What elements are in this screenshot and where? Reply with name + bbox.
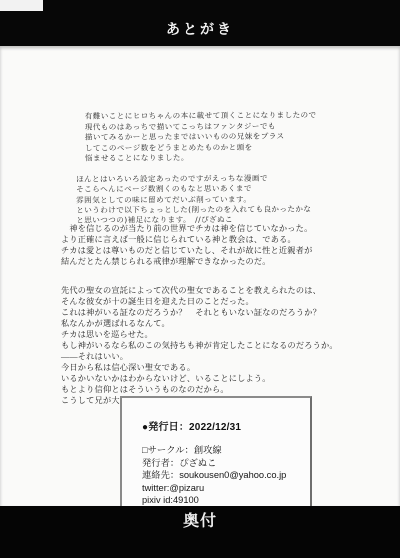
handwritten-note-intro: 有難いことにヒロちゃんの本に載せて頂くことになりましたので 現代ものはあっちで描… [76,111,351,164]
page-title-afterword: あとがき [0,19,400,39]
page-sheet: 有難いことにヒロちゃんの本に載せて頂くことになりましたので 現代ものはあっちで描… [0,46,400,506]
scan-corner-artifact [0,0,43,11]
story-supplement-text: 神を信じるのが当たり前の世界でチカは神を信じていなかった。 より正確に言えば一般… [61,213,361,417]
story-paragraph-belief: 神を信じるのが当たり前の世界でチカは神を信じていなかった。 より正確に言えば一般… [61,224,361,268]
publish-date: ●発行日：2022/12/31 [142,418,241,433]
story-paragraph-saintess: 先代の聖女の宣託によって次代の聖女であることを教えられたのは、 そんな彼女が十の… [61,286,361,406]
